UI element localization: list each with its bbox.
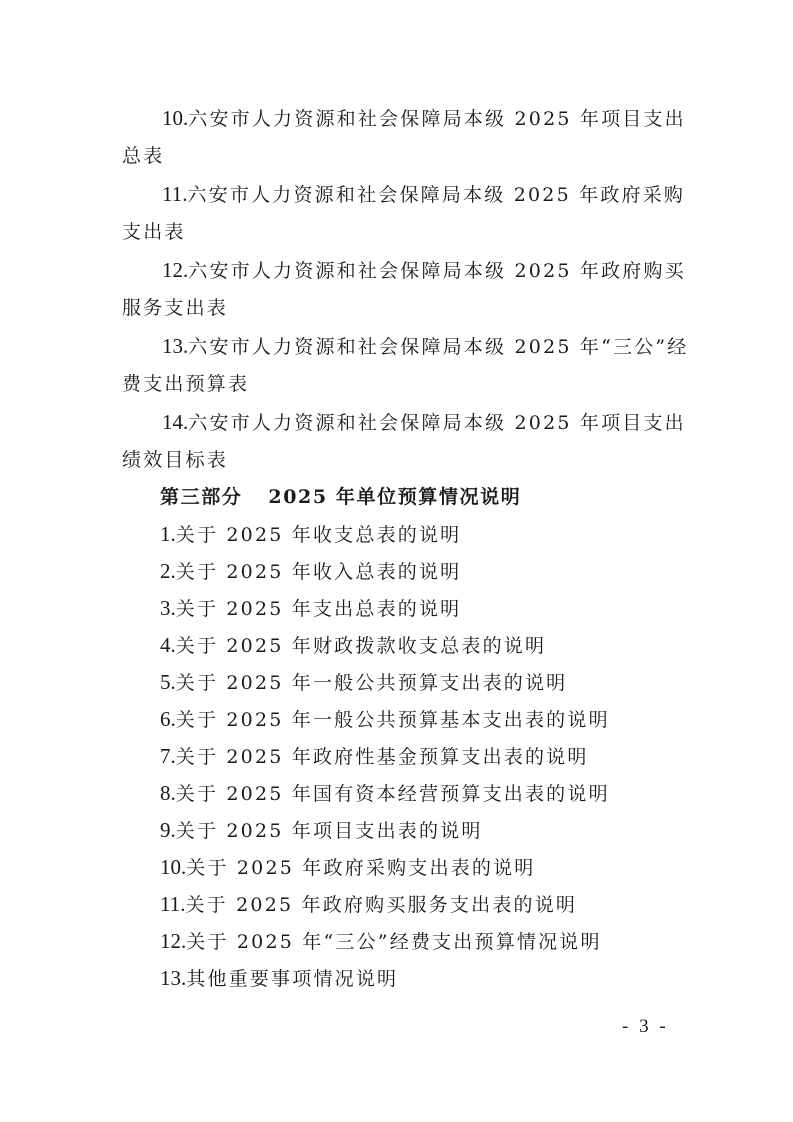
item-number: 11.	[162, 182, 187, 206]
part3-item-13: 13.其他重要事项情况说明	[160, 965, 398, 992]
section-heading: 第三部分2025 年单位预算情况说明	[160, 484, 521, 510]
page-number: - 3 -	[622, 1016, 669, 1038]
item-number: 13.	[162, 334, 188, 358]
item-text-continued: 支出表	[122, 219, 186, 245]
part3-item-12: 12.关于 2025 年“三公”经费支出预算情况说明	[160, 928, 602, 955]
item-text: 其他重要事项情况说明	[186, 968, 398, 990]
item-number: 2.	[160, 559, 176, 583]
section-label: 第三部分	[160, 486, 242, 508]
part3-item-11: 11.关于 2025 年政府购买服务支出表的说明	[160, 891, 577, 918]
part3-item-4: 4.关于 2025 年财政拨款收支总表的说明	[160, 632, 546, 659]
item-number: 14.	[162, 410, 188, 434]
item-text: 关于 2025 年一般公共预算支出表的说明	[176, 672, 568, 694]
part3-item-2: 2.关于 2025 年收入总表的说明	[160, 558, 461, 585]
item-text: 关于 2025 年支出总表的说明	[176, 598, 462, 620]
item-text: 关于 2025 年一般公共预算基本支出表的说明	[176, 709, 610, 731]
item-number: 1.	[160, 522, 176, 546]
item-text: 关于 2025 年财政拨款收支总表的说明	[176, 635, 546, 657]
part3-item-3: 3.关于 2025 年支出总表的说明	[160, 595, 461, 622]
item-text: 六安市人力资源和社会保障局本级 2025 年政府购买	[188, 260, 686, 282]
item-number: 10.	[162, 106, 188, 130]
part3-item-8: 8.关于 2025 年国有资本经营预算支出表的说明	[160, 780, 610, 807]
item-number: 8.	[160, 781, 176, 805]
item-text: 六安市人力资源和社会保障局本级 2025 年项目支出	[188, 108, 686, 130]
item-number: 10.	[160, 855, 186, 879]
item-text: 六安市人力资源和社会保障局本级 2025 年政府采购	[187, 184, 685, 206]
item-text-continued: 服务支出表	[122, 295, 228, 321]
item-number: 12.	[162, 258, 188, 282]
part3-item-6: 6.关于 2025 年一般公共预算基本支出表的说明	[160, 706, 610, 733]
part3-item-10: 10.关于 2025 年政府采购支出表的说明	[160, 854, 535, 881]
item-text-continued: 费支出预算表	[122, 371, 249, 397]
item-number: 7.	[160, 744, 176, 768]
item-text: 关于 2025 年“三公”经费支出预算情况说明	[186, 931, 601, 953]
item-number: 12.	[160, 929, 186, 953]
item-number: 5.	[160, 670, 176, 694]
item-text-continued: 总表	[122, 143, 164, 169]
item-text: 六安市人力资源和社会保障局本级 2025 年项目支出	[188, 412, 686, 434]
part3-item-5: 5.关于 2025 年一般公共预算支出表的说明	[160, 669, 567, 696]
section-title: 2025 年单位预算情况说明	[268, 486, 521, 508]
item-number: 9.	[160, 818, 176, 842]
part3-item-7: 7.关于 2025 年政府性基金预算支出表的说明	[160, 743, 589, 770]
part3-item-9: 9.关于 2025 年项目支出表的说明	[160, 817, 483, 844]
item-number: 4.	[160, 633, 176, 657]
item-number: 13.	[160, 966, 186, 990]
item-text: 关于 2025 年收支总表的说明	[176, 524, 462, 546]
item-text: 六安市人力资源和社会保障局本级 2025 年“三公”经	[188, 336, 688, 358]
part3-item-1: 1.关于 2025 年收支总表的说明	[160, 521, 461, 548]
item-number: 3.	[160, 596, 176, 620]
item-text: 关于 2025 年国有资本经营预算支出表的说明	[176, 783, 610, 805]
item-number: 11.	[160, 892, 185, 916]
item-text: 关于 2025 年政府性基金预算支出表的说明	[176, 746, 589, 768]
item-text: 关于 2025 年政府采购支出表的说明	[186, 857, 535, 879]
item-text: 关于 2025 年项目支出表的说明	[176, 820, 483, 842]
item-number: 6.	[160, 707, 176, 731]
item-text-continued: 绩效目标表	[122, 447, 228, 473]
item-text: 关于 2025 年收入总表的说明	[176, 561, 462, 583]
item-text: 关于 2025 年政府购买服务支出表的说明	[185, 894, 577, 916]
